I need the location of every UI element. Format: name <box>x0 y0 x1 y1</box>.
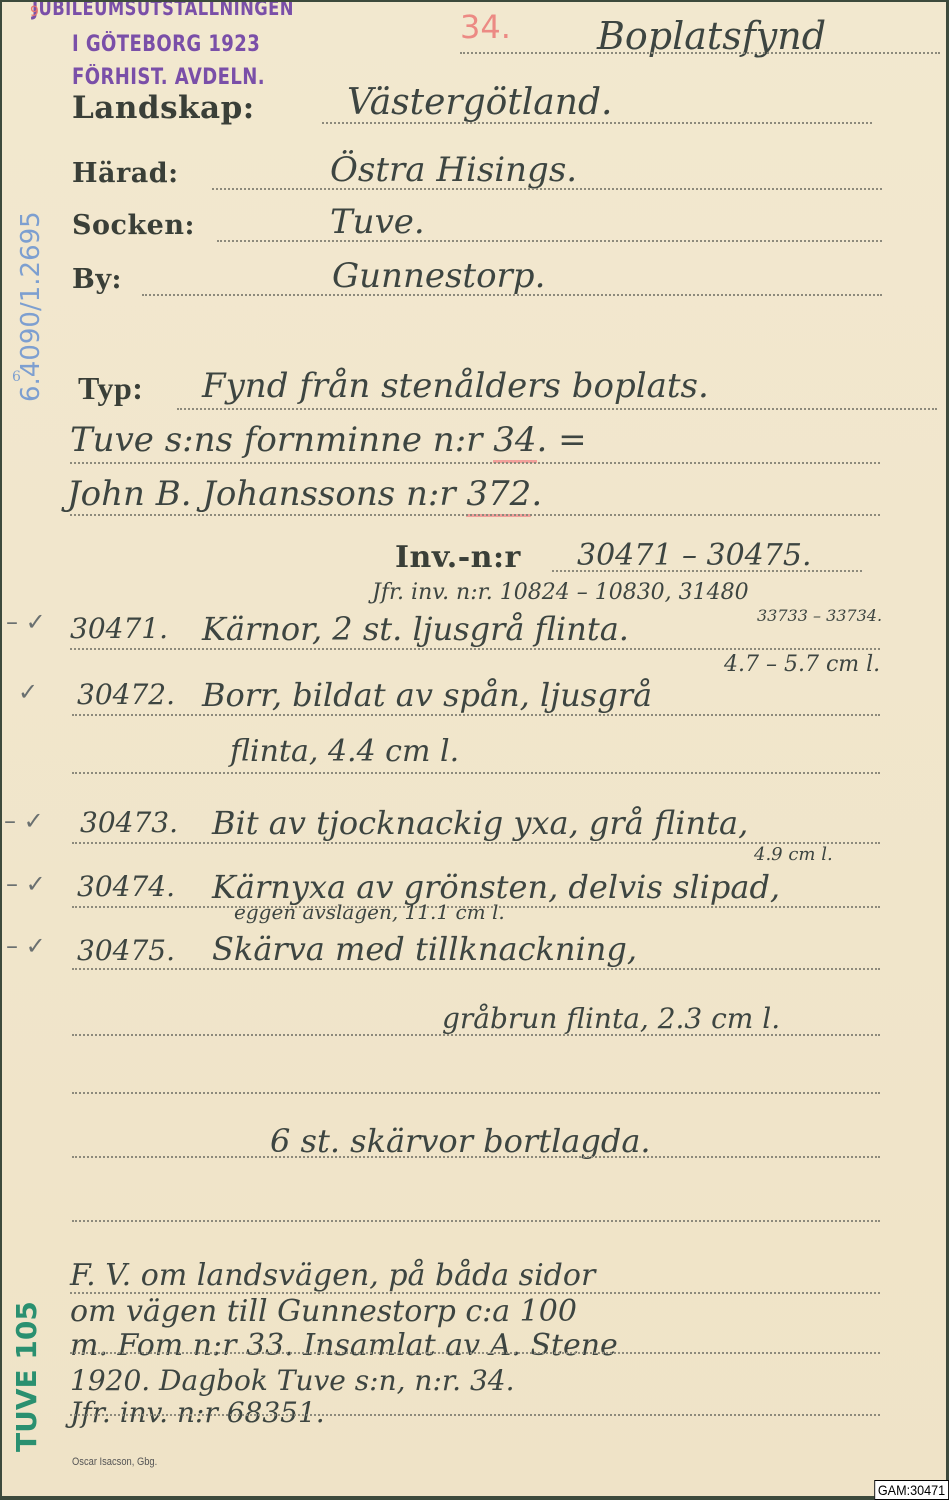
dotted-line <box>70 514 880 516</box>
item-5-extra: gråbrun flinta, 2.3 cm l. <box>442 1002 780 1035</box>
item-1-check: – ✓ <box>6 608 46 636</box>
typ-line-2-tail: . = <box>537 420 587 460</box>
item-3-number: 30473. <box>80 806 178 839</box>
item-4-check: – ✓ <box>6 870 46 898</box>
stamp-line-1: JUBILEUMSUTSTÄLLNINGEN <box>32 2 294 20</box>
printer-imprint: Oscar Isacson, Gbg. <box>72 1456 157 1468</box>
dotted-line <box>217 240 882 242</box>
dotted-line <box>70 1352 880 1354</box>
blue-small-mark: 6 <box>12 369 21 385</box>
item-3-extra: 4.9 cm l. <box>754 844 833 865</box>
footer-note-1: F. V. om landsvägen, på båda sidor <box>70 1258 595 1293</box>
typ-line-3-tail: . <box>531 474 542 514</box>
stamp-line-3: FÖRHIST. AVDELN. <box>72 65 265 90</box>
item-1-text: Kärnor, 2 st. ljusgrå flinta. <box>202 610 629 648</box>
dotted-line <box>72 968 880 970</box>
item-1-extra: 4.7 – 5.7 cm l. <box>724 652 880 677</box>
dotted-line <box>177 408 937 410</box>
dotted-line <box>72 714 880 716</box>
inventory-cf: Jfr. inv. n:r. 10824 – 10830, 31480 <box>372 580 749 605</box>
footer-note-3: m. Fom n:r 33. Insamlat av A. Stene <box>70 1328 618 1363</box>
dotted-line <box>72 1220 880 1222</box>
label-landskap: Landskap: <box>72 90 255 126</box>
item-2-check: ✓ <box>18 678 38 706</box>
label-by: By: <box>72 264 122 295</box>
corner-mark: 9 <box>30 4 39 20</box>
value-harad: Östra Hisings. <box>330 150 577 190</box>
item-2-extra: flinta, 4.4 cm l. <box>230 734 459 769</box>
catalog-id-label: GAM:30471 <box>875 1480 949 1500</box>
item-5-number: 30475. <box>77 934 175 967</box>
typ-line-2-number: 34 <box>493 420 536 463</box>
discarded-note: 6 st. skärvor bortlagda. <box>270 1122 651 1160</box>
value-by: Gunnestorp. <box>332 256 545 296</box>
footer-note-5: Jfr. inv. n:r 68351. <box>70 1396 325 1429</box>
dotted-line <box>460 52 940 54</box>
value-landskap: Västergötland. <box>347 82 612 123</box>
item-4-number: 30474. <box>77 870 175 903</box>
stamp-line-2: I GÖTEBORG 1923 <box>72 32 260 57</box>
dotted-line <box>72 772 880 774</box>
label-harad: Härad: <box>72 158 179 189</box>
label-typ: Typ: <box>78 370 143 407</box>
typ-line-1: Fynd från stenålders boplats. <box>202 366 709 406</box>
typ-line-2: Tuve s:ns fornminne n:r 34. = <box>70 420 587 460</box>
typ-line-3-number: 372 <box>466 474 531 517</box>
item-5-check: – ✓ <box>6 932 46 960</box>
item-2-text: Borr, bildat av spån, ljusgrå <box>202 676 652 714</box>
footer-note-4: 1920. Dagbok Tuve s:n, n:r. 34. <box>70 1364 515 1397</box>
typ-line-3: John B. Johanssons n:r 372. <box>67 474 542 514</box>
item-5-text: Skärva med tillknackning, <box>212 930 637 968</box>
dotted-line <box>212 188 882 190</box>
value-socken: Tuve. <box>330 202 425 242</box>
dotted-line <box>72 1092 880 1094</box>
dotted-line <box>70 648 880 650</box>
label-inventory: Inv.-n:r <box>395 540 521 575</box>
teal-margin-note: TUVE 105 <box>10 1301 43 1452</box>
footer-note-2: om vägen till Gunnestorp c:a 100 <box>70 1294 577 1329</box>
catalog-card: JUBILEUMSUTSTÄLLNINGEN I GÖTEBORG 1923 F… <box>2 2 946 1496</box>
red-number: 34. <box>460 8 511 46</box>
dotted-line <box>70 462 880 464</box>
dotted-line <box>552 570 862 572</box>
item-3-check: – ✓ <box>4 807 44 835</box>
item-4-extra: eggen avslagen, 11.1 cm l. <box>234 900 505 924</box>
dotted-line <box>72 1034 880 1036</box>
item-1-number: 30471. <box>70 612 168 645</box>
dotted-line <box>142 294 882 296</box>
typ-line-2-text: Tuve s:ns fornminne n:r <box>70 420 482 460</box>
dotted-line <box>72 1156 880 1158</box>
label-socken: Socken: <box>72 210 195 241</box>
item-3-text: Bit av tjocknackig yxa, grå flinta, <box>212 804 748 842</box>
item-2-number: 30472. <box>77 678 175 711</box>
dotted-line <box>70 1414 880 1416</box>
inventory-range: 30471 – 30475. <box>577 538 811 573</box>
inventory-cf-2: 33733 – 33734. <box>757 606 882 625</box>
typ-line-3-text: John B. Johanssons n:r <box>67 474 456 514</box>
dotted-line <box>322 122 872 124</box>
